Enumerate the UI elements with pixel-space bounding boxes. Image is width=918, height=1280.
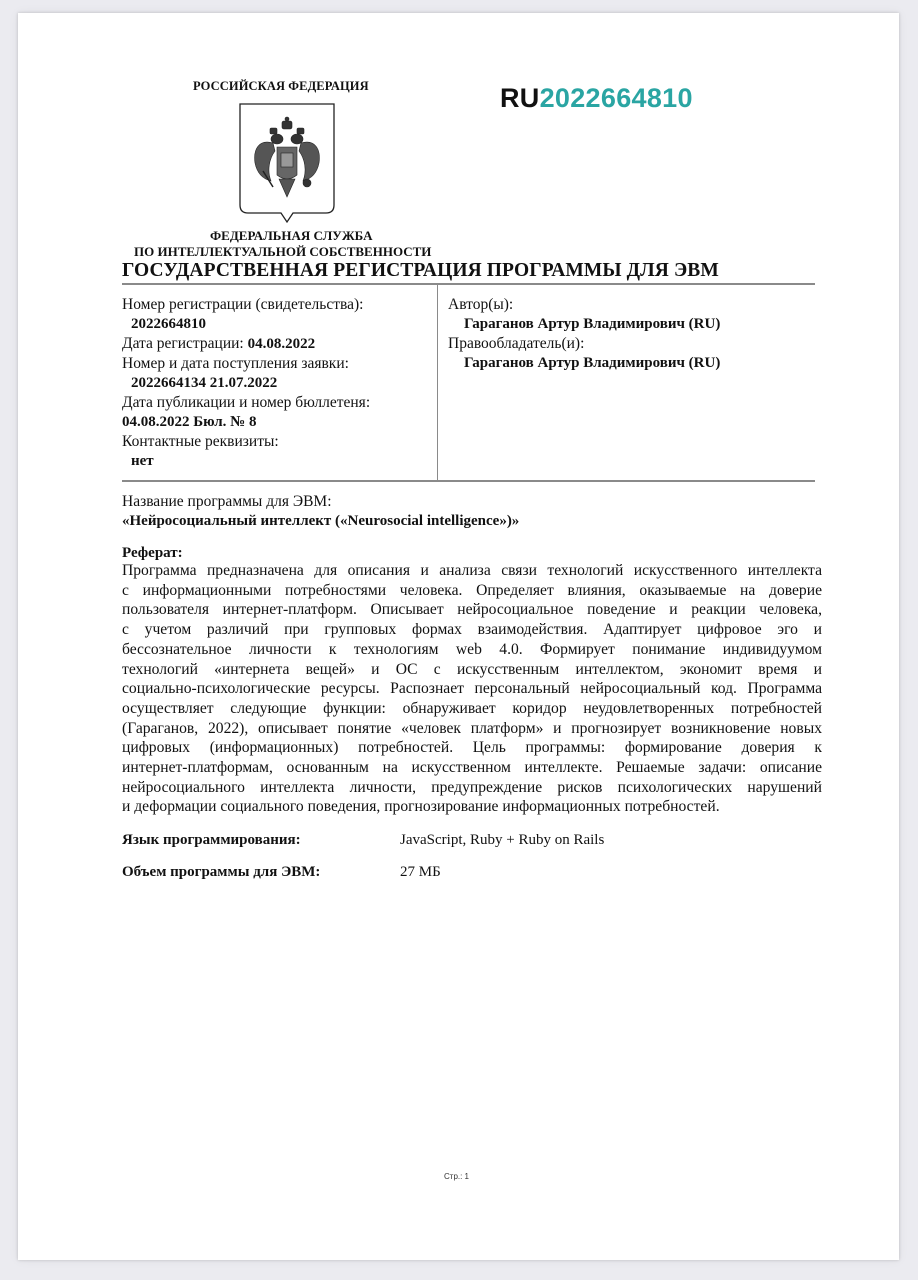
- contacts-value: нет: [131, 453, 154, 470]
- abstract-line: (Гараганов, 2022), описывает понятие «че…: [122, 719, 822, 739]
- header-divider: [122, 283, 815, 285]
- abstract-label: Реферат:: [122, 545, 183, 562]
- abstract-line: пользователя интернет-платформ. Описывае…: [122, 600, 822, 620]
- publication-label: Дата публикации и номер бюллетеня:: [122, 394, 370, 412]
- agency-name-line2: ПО ИНТЕЛЛЕКТУАЛЬНОЙ СОБСТВЕННОСТИ: [134, 244, 431, 260]
- info-divider: [122, 480, 815, 482]
- abstract-line: социально-психологические ресурсы. Распо…: [122, 679, 822, 699]
- size-value: 27 МБ: [400, 864, 441, 881]
- column-divider: [437, 284, 438, 481]
- program-name-label: Название программы для ЭВМ:: [122, 493, 332, 511]
- authors-value: Гараганов Артур Владимирович (RU): [464, 316, 720, 333]
- abstract-line: бессознательное личности к технологиям w…: [122, 640, 822, 660]
- abstract-line: с учетом различий при групповых формах в…: [122, 620, 822, 640]
- publication-value: 04.08.2022 Бюл. № 8: [122, 414, 257, 431]
- abstract-line: Программа предназначена для описания и а…: [122, 561, 822, 581]
- document-page: РОССИЙСКАЯ ФЕДЕРАЦИЯ: [18, 13, 899, 1260]
- country-heading: РОССИЙСКАЯ ФЕДЕРАЦИЯ: [193, 79, 369, 94]
- abstract-text: Программа предназначена для описания и а…: [122, 561, 822, 817]
- reg-date-label: Дата регистрации:: [122, 335, 244, 352]
- reg-date-value: 04.08.2022: [248, 336, 316, 352]
- abstract-line: интернет-платформам, основанным на искус…: [122, 758, 822, 778]
- abstract-line: технологий «интернета вещей» и ОС с иску…: [122, 660, 822, 680]
- reg-number-value: 2022664810: [131, 316, 206, 333]
- document-title: ГОСУДАРСТВЕННАЯ РЕГИСТРАЦИЯ ПРОГРАММЫ ДЛ…: [122, 260, 719, 282]
- abstract-line: и деформации социального поведения, прог…: [122, 797, 822, 817]
- rightholders-value: Гараганов Артур Владимирович (RU): [464, 355, 720, 372]
- reg-date-row: Дата регистрации: 04.08.2022: [122, 335, 315, 353]
- abstract-line: нейросоциального интеллекта личности, пр…: [122, 778, 822, 798]
- application-label: Номер и дата поступления заявки:: [122, 355, 349, 373]
- reg-number-label: Номер регистрации (свидетельства):: [122, 296, 363, 314]
- rightholders-label: Правообладатель(и):: [448, 335, 584, 353]
- registration-number: 2022664810: [540, 83, 693, 113]
- abstract-line: цифровых (информационных) потребностей. …: [122, 738, 822, 758]
- language-label: Язык программирования:: [122, 832, 301, 849]
- abstract-line: осуществляет следующие функции: обнаружи…: [122, 699, 822, 719]
- abstract-line: с информационными потребностями человека…: [122, 581, 822, 601]
- page-number: Стр.: 1: [444, 1172, 469, 1181]
- agency-name-line1: ФЕДЕРАЛЬНАЯ СЛУЖБА: [210, 228, 373, 244]
- contacts-label: Контактные реквизиты:: [122, 433, 279, 451]
- application-value: 2022664134 21.07.2022: [131, 375, 277, 392]
- coat-of-arms-icon: [237, 101, 337, 229]
- authors-label: Автор(ы):: [448, 296, 513, 314]
- registration-code: RU2022664810: [500, 83, 693, 114]
- language-value: JavaScript, Ruby + Ruby on Rails: [400, 832, 604, 849]
- program-name-value: «Нейросоциальный интеллект («Neurosocial…: [122, 513, 519, 530]
- registration-prefix: RU: [500, 83, 540, 113]
- size-label: Объем программы для ЭВМ:: [122, 864, 320, 881]
